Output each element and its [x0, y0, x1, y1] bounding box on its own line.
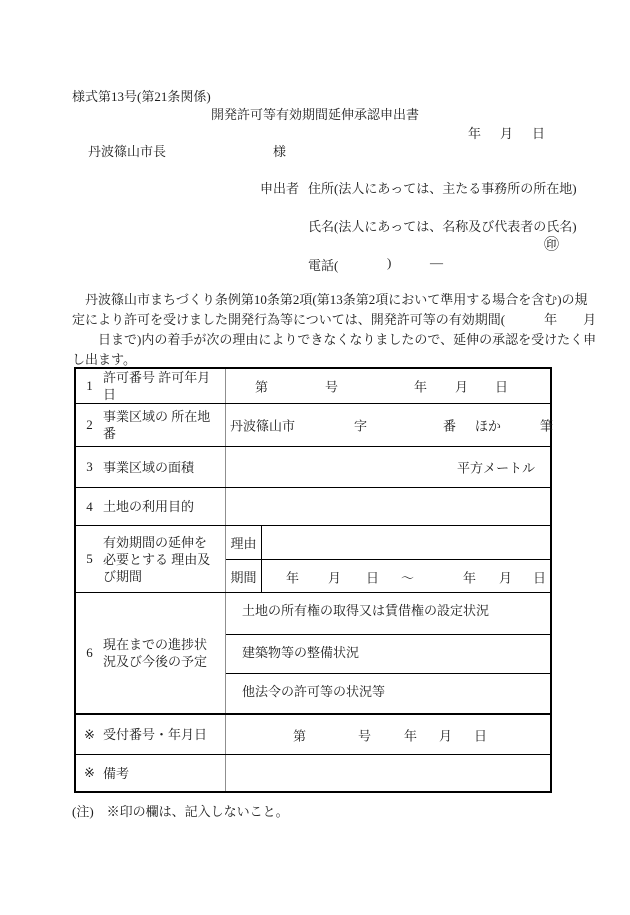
date-month-label: 月 [500, 123, 513, 142]
row-number: 1 [76, 378, 103, 394]
permit-number-field: 第 号 年 月 日 [226, 369, 550, 403]
body-text-line: 定により許可を受けました開発行為等については、開発許可等の有効期間( 年 月 [72, 310, 596, 330]
field-token: 日 [533, 567, 546, 586]
reason-subrow: 理由 [226, 526, 550, 559]
field-token: 年 [463, 567, 476, 586]
row-label-line: 許可番号 [103, 370, 155, 385]
reason-subhead: 理由 [226, 526, 262, 559]
row-extension-label-cell: 5 有効期間の延伸を 必要とする 理由及び期間 [76, 526, 226, 592]
date-day-label: 日 [532, 123, 545, 142]
form-title: 開発許可等有効期間延伸承認申出書 [0, 104, 630, 123]
row-number: 6 [76, 645, 103, 661]
row-label-line: 土地の利用目的 [103, 499, 194, 514]
land-ownership-status-field: 土地の所有権の取得又は賃借権の設定状況 [226, 593, 550, 634]
field-token: 号 [325, 377, 338, 396]
field-token: 年 [286, 567, 299, 586]
remarks-field [226, 755, 550, 791]
form-number: 様式第13号(第21条関係) [72, 86, 211, 105]
field-token: 年 [404, 725, 417, 744]
area-unit-label: 平方メートル [457, 458, 535, 477]
field-token: 第 [255, 377, 268, 396]
row-permit-number-label-cell: 1 許可番号 許可年月日 [76, 369, 226, 403]
field-token: 筆 [540, 416, 553, 435]
progress-detail-cell: 土地の所有権の取得又は賃借権の設定状況 建築物等の整備状況 他法令の許可等の状況… [226, 593, 550, 713]
row-number: 2 [76, 417, 103, 433]
addressee: 丹波篠山市長 [88, 141, 166, 160]
addressee-honorific: 様 [273, 141, 286, 160]
application-form-page: 様式第13号(第21条関係) 開発許可等有効期間延伸承認申出書 年 月 日 丹波… [0, 0, 630, 915]
applicant-label: 申出者 [260, 178, 299, 197]
date-year-label: 年 [468, 123, 481, 142]
row-site-location: 2 事業区域の 所在地番 丹波篠山市 字 番 ほか 筆 [76, 403, 550, 446]
row-label-line: 受付番号・年月日 [103, 727, 207, 742]
field-token: 月 [455, 377, 468, 396]
field-token: 年 [414, 377, 427, 396]
period-subhead: 期間 [226, 560, 262, 593]
field-token: 第 [293, 725, 306, 744]
footnote: (注) ※印の欄は、記入しないこと。 [72, 801, 289, 820]
building-status-field: 建築物等の整備状況 [226, 634, 550, 673]
row-number: 3 [76, 459, 103, 475]
extension-detail-cell: 理由 期間 年 月 日 ～ 年 月 日 [226, 526, 550, 592]
row-number: 5 [76, 551, 103, 567]
field-token: 番 [443, 416, 456, 435]
field-token: 月 [499, 567, 512, 586]
field-token: 日 [474, 725, 487, 744]
field-token: 月 [328, 567, 341, 586]
field-token: 月 [439, 725, 452, 744]
application-table: 1 許可番号 許可年月日 第 号 年 月 日 2 事業区域の 所在地番 [74, 367, 552, 793]
row-label-line: 事業区域の面積 [103, 460, 194, 475]
row-progress-plan: 6 現在までの進捗状 況及び今後の予定 土地の所有権の取得又は賃借権の設定状況 … [76, 592, 550, 713]
row-land-use-label-cell: 4 土地の利用目的 [76, 488, 226, 525]
field-token: 日 [366, 567, 379, 586]
period-field: 年 月 日 ～ 年 月 日 [262, 560, 550, 593]
row-receipt-number: ※ 受付番号・年月日 第 号 年 月 日 [76, 713, 550, 754]
site-location-field: 丹波篠山市 字 番 ほか 筆 [226, 404, 550, 446]
row-site-location-label-cell: 2 事業区域の 所在地番 [76, 404, 226, 446]
row-number: 4 [76, 499, 103, 515]
row-label-line: 現在までの進捗状 [103, 637, 207, 652]
row-label-line: 事業区域の [103, 409, 168, 424]
office-use-mark: ※ [76, 727, 103, 743]
field-token: ほか [475, 416, 501, 435]
body-text-line: 日まで)内の着手が次の理由によりできなくなりましたので、延伸の承認を受けたく申 [72, 330, 596, 350]
reason-field [262, 526, 550, 559]
field-token: 日 [495, 377, 508, 396]
receipt-number-field: 第 号 年 月 日 [226, 715, 550, 754]
seal-mark-icon: ㊞ [544, 233, 559, 254]
row-site-area-label-cell: 3 事業区域の面積 [76, 447, 226, 487]
phone-dash: — [430, 255, 443, 271]
field-token: ～ [401, 567, 414, 586]
row-label-line: 有効期間の延伸を [103, 535, 207, 550]
row-label-line: 備考 [103, 766, 129, 781]
row-progress-label-cell: 6 現在までの進捗状 況及び今後の予定 [76, 593, 226, 713]
row-label-line: 況及び今後の予定 [103, 654, 207, 669]
applicant-address-label: 住所(法人にあっては、主たる事務所の所在地) [308, 178, 577, 197]
field-token: 字 [354, 416, 367, 435]
site-area-field: 平方メートル [226, 447, 550, 487]
body-text-line: 丹波篠山市まちづくり条例第10条第2項(第13条第2項において準用する場合を含む… [72, 290, 588, 310]
phone-prefix: 電話( [308, 255, 338, 274]
land-use-purpose-field [226, 488, 550, 525]
applicant-name-label: 氏名(法人にあっては、名称及び代表者の氏名) [308, 216, 577, 235]
row-remarks: ※ 備考 [76, 754, 550, 791]
period-subrow: 期間 年 月 日 ～ 年 月 日 [226, 559, 550, 593]
row-site-area: 3 事業区域の面積 平方メートル [76, 446, 550, 487]
row-label-line: 必要とする [103, 552, 168, 567]
field-token: 号 [358, 725, 371, 744]
row-receipt-label-cell: ※ 受付番号・年月日 [76, 715, 226, 754]
row-extension-reason-period: 5 有効期間の延伸を 必要とする 理由及び期間 理由 期間 年 月 [76, 525, 550, 592]
row-permit-number: 1 許可番号 許可年月日 第 号 年 月 日 [76, 369, 550, 403]
other-law-permit-status-field: 他法令の許可等の状況等 [226, 673, 550, 714]
phone-close-paren: ) [387, 255, 391, 271]
row-land-use-purpose: 4 土地の利用目的 [76, 487, 550, 525]
field-token: 丹波篠山市 [230, 416, 295, 435]
row-remarks-label-cell: ※ 備考 [76, 755, 226, 791]
office-use-mark: ※ [76, 765, 103, 781]
